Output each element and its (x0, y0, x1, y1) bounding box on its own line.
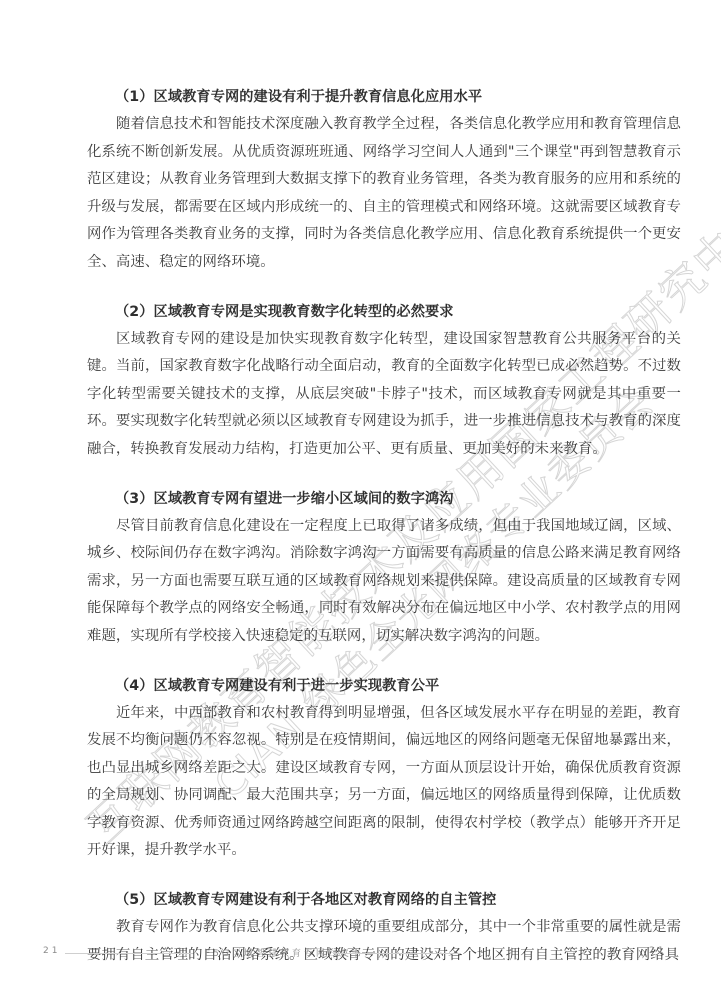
footer-rule-right (333, 953, 461, 954)
section-paragraph: 尽管目前教育信息化建设在一定程度上已取得了诸多成绩，但由于我国地域辽阔，区域、城… (87, 513, 681, 651)
section-paragraph: 区域教育专网的建设是加快实现教育数字化转型，建设国家智慧教育公共服务平台的关键。… (87, 326, 681, 464)
page-number-left: 21 (43, 946, 60, 956)
footer-title: F5G区域智慧教育专网白皮书 (205, 946, 325, 959)
section-heading: （4）区域教育专网建设有利于进一步实现教育公平 (87, 673, 681, 699)
section-heading: （3）区域教育专网有望进一步缩小区域间的数字鸿沟 (87, 486, 681, 512)
document-page: 互联网教育智能技术及应用国家工程研究中心 CIAN 绿色全光网络专业委员会 （1… (0, 0, 721, 1005)
section-1: （1）区域教育专网的建设有利于提升教育信息化应用水平 随着信息技术和智能技术深度… (87, 84, 681, 277)
section-heading: （5）区域教育专网建设有利于各地区对教育网络的自主管控 (87, 887, 681, 913)
section-paragraph: 近年来，中西部教育和农村教育得到明显增强，但各区域发展水平存在明显的差距，教育发… (87, 700, 681, 866)
section-heading: （2）区域教育专网是实现教育数字化转型的必然要求 (87, 299, 681, 325)
section-4: （4）区域教育专网建设有利于进一步实现教育公平 近年来，中西部教育和农村教育得到… (87, 673, 681, 866)
section-paragraph: 随着信息技术和智能技术深度融入教育教学全过程，各类信息化教学应用和教育管理信息化… (87, 111, 681, 277)
page-content: （1）区域教育专网的建设有利于提升教育信息化应用水平 随着信息技术和智能技术深度… (87, 84, 681, 969)
page-footer: 21 F5G区域智慧教育专网白皮书 21 (0, 942, 721, 962)
page-number-right: 21 (649, 946, 666, 956)
section-2: （2）区域教育专网是实现教育数字化转型的必然要求 区域教育专网的建设是加快实现教… (87, 299, 681, 464)
footer-rule-left (65, 953, 193, 954)
section-heading: （1）区域教育专网的建设有利于提升教育信息化应用水平 (87, 84, 681, 110)
section-3: （3）区域教育专网有望进一步缩小区域间的数字鸿沟 尽管目前教育信息化建设在一定程… (87, 486, 681, 651)
